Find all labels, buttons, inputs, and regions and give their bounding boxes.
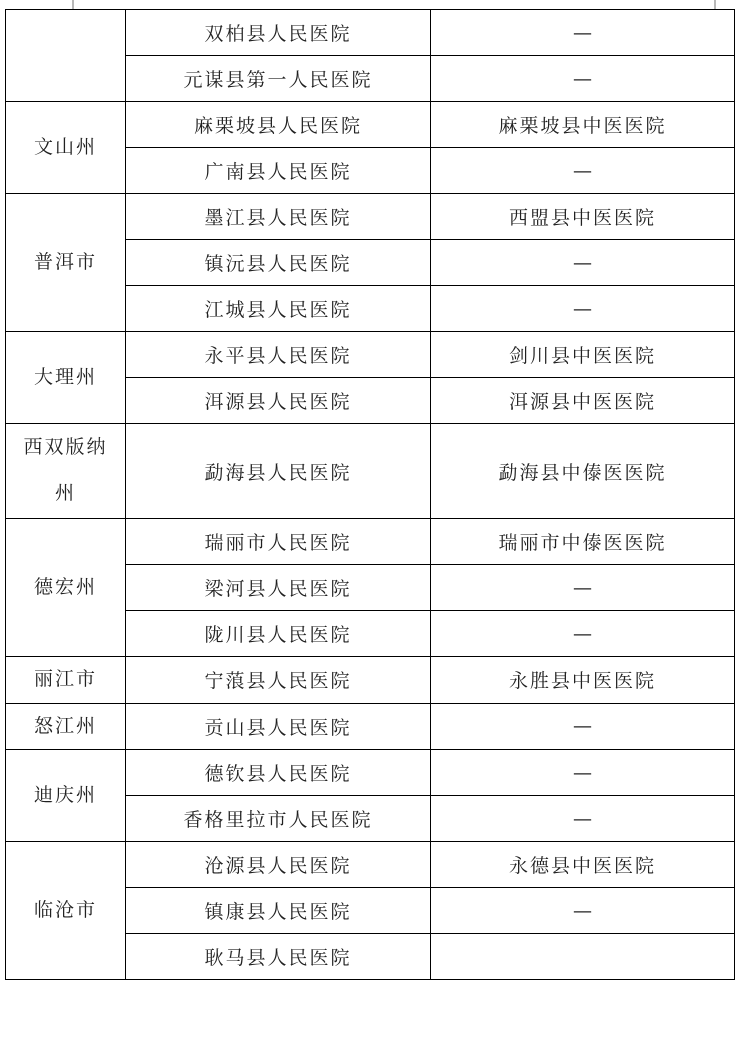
tcm-hospital-cell: 西盟县中医医院 bbox=[431, 194, 735, 240]
tcm-hospital-cell: 永胜县中医医院 bbox=[431, 657, 735, 704]
region-cell: 丽江市 bbox=[6, 657, 126, 704]
tcm-hospital-cell: — bbox=[431, 565, 735, 611]
hospital-cell: 德钦县人民医院 bbox=[126, 750, 431, 796]
region-cell bbox=[6, 10, 126, 102]
tcm-hospital-cell: — bbox=[431, 611, 735, 657]
page-remnant-tick-right bbox=[714, 0, 716, 9]
table-row: 迪庆州 德钦县人民医院 — bbox=[6, 750, 735, 796]
table-row: 西双版纳 州 勐海县人民医院 勐海县中傣医医院 bbox=[6, 424, 735, 519]
hospital-cell: 陇川县人民医院 bbox=[126, 611, 431, 657]
table-row: 大理州 永平县人民医院 剑川县中医医院 bbox=[6, 332, 735, 378]
tcm-hospital-cell: 剑川县中医医院 bbox=[431, 332, 735, 378]
hospital-cell: 镇康县人民医院 bbox=[126, 888, 431, 934]
tcm-hospital-cell: 永德县中医医院 bbox=[431, 842, 735, 888]
hospital-cell: 瑞丽市人民医院 bbox=[126, 519, 431, 565]
tcm-hospital-cell: 瑞丽市中傣医医院 bbox=[431, 519, 735, 565]
tcm-hospital-cell: — bbox=[431, 56, 735, 102]
table-row: 丽江市 宁蒗县人民医院 永胜县中医医院 bbox=[6, 657, 735, 704]
tcm-hospital-cell: — bbox=[431, 286, 735, 332]
tcm-hospital-cell: 麻栗坡县中医医院 bbox=[431, 102, 735, 148]
region-cell: 文山州 bbox=[6, 102, 126, 194]
tcm-hospital-cell: — bbox=[431, 148, 735, 194]
hospital-cell: 梁河县人民医院 bbox=[126, 565, 431, 611]
tcm-hospital-cell: — bbox=[431, 703, 735, 750]
hospital-cell: 耿马县人民医院 bbox=[126, 934, 431, 980]
hospital-cell: 麻栗坡县人民医院 bbox=[126, 102, 431, 148]
tcm-hospital-cell: 洱源县中医医院 bbox=[431, 378, 735, 424]
hospital-cell: 宁蒗县人民医院 bbox=[126, 657, 431, 704]
hospital-cell: 洱源县人民医院 bbox=[126, 378, 431, 424]
hospital-cell: 沧源县人民医院 bbox=[126, 842, 431, 888]
hospital-cell: 双柏县人民医院 bbox=[126, 10, 431, 56]
table-row: 普洱市 墨江县人民医院 西盟县中医医院 bbox=[6, 194, 735, 240]
hospital-cell: 墨江县人民医院 bbox=[126, 194, 431, 240]
hospital-cell: 镇沅县人民医院 bbox=[126, 240, 431, 286]
table-row: 怒江州 贡山县人民医院 — bbox=[6, 703, 735, 750]
hospital-table-body: 双柏县人民医院 — 元谋县第一人民医院 — 文山州 麻栗坡县人民医院 麻栗坡县中… bbox=[6, 10, 735, 980]
table-row: 文山州 麻栗坡县人民医院 麻栗坡县中医医院 bbox=[6, 102, 735, 148]
hospital-cell: 勐海县人民医院 bbox=[126, 424, 431, 519]
region-cell: 临沧市 bbox=[6, 842, 126, 980]
hospital-cell: 香格里拉市人民医院 bbox=[126, 796, 431, 842]
tcm-hospital-cell: — bbox=[431, 750, 735, 796]
tcm-hospital-cell: — bbox=[431, 240, 735, 286]
region-cell: 迪庆州 bbox=[6, 750, 126, 842]
table-row: 临沧市 沧源县人民医院 永德县中医医院 bbox=[6, 842, 735, 888]
table-row: 德宏州 瑞丽市人民医院 瑞丽市中傣医医院 bbox=[6, 519, 735, 565]
hospital-cell: 永平县人民医院 bbox=[126, 332, 431, 378]
region-cell: 普洱市 bbox=[6, 194, 126, 332]
hospital-cell: 贡山县人民医院 bbox=[126, 703, 431, 750]
tcm-hospital-cell: — bbox=[431, 888, 735, 934]
tcm-hospital-cell: — bbox=[431, 796, 735, 842]
region-cell: 怒江州 bbox=[6, 703, 126, 750]
region-cell: 德宏州 bbox=[6, 519, 126, 657]
table-row: 双柏县人民医院 — bbox=[6, 10, 735, 56]
hospital-cell: 元谋县第一人民医院 bbox=[126, 56, 431, 102]
tcm-hospital-cell bbox=[431, 934, 735, 980]
hospital-cell: 江城县人民医院 bbox=[126, 286, 431, 332]
hospital-cell: 广南县人民医院 bbox=[126, 148, 431, 194]
hospital-table: 双柏县人民医院 — 元谋县第一人民医院 — 文山州 麻栗坡县人民医院 麻栗坡县中… bbox=[5, 9, 735, 980]
tcm-hospital-cell: — bbox=[431, 10, 735, 56]
document-page: { "page": { "background": "#ffffff", "bo… bbox=[0, 0, 742, 1040]
tcm-hospital-cell: 勐海县中傣医医院 bbox=[431, 424, 735, 519]
region-cell: 西双版纳 州 bbox=[6, 424, 126, 519]
region-cell: 大理州 bbox=[6, 332, 126, 424]
